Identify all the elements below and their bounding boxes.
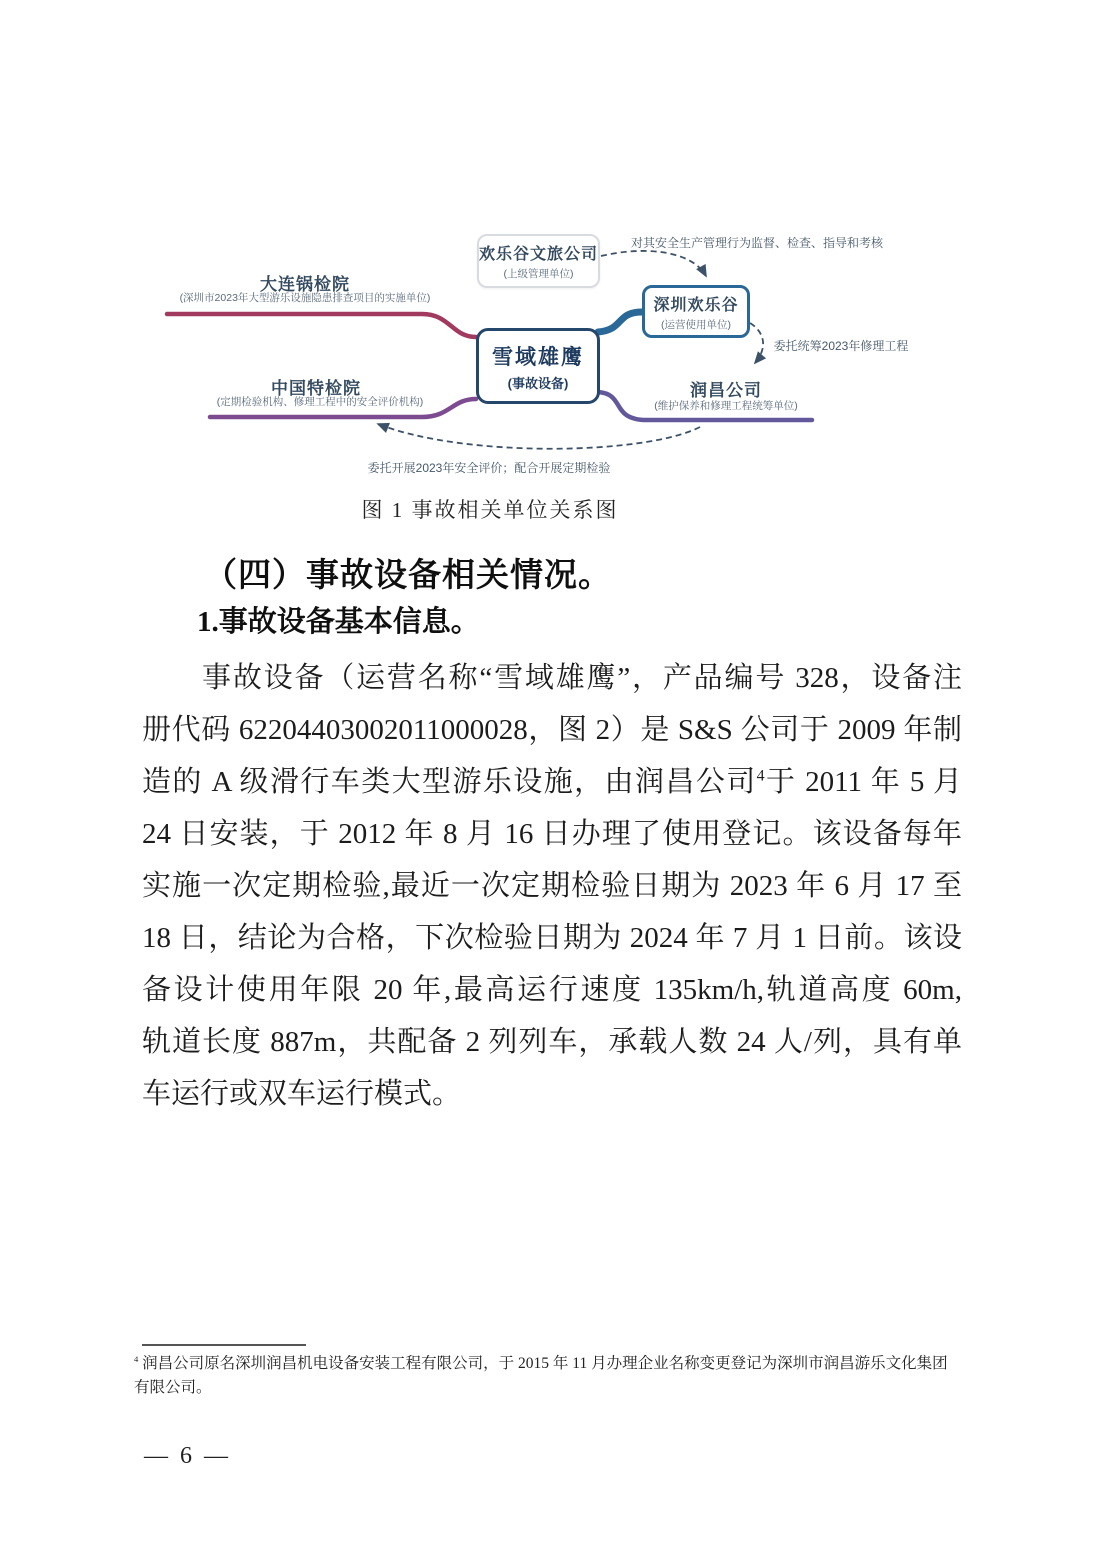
branch-line-dalian (167, 314, 476, 337)
node-runchang-subtitle: (维护保养和修理工程统筹单位) (576, 398, 876, 413)
edge-label-entrust-eval: 委托开展2023年安全评价；配合开展定期检验 (339, 459, 639, 476)
node-equipment-title: 雪域雄鹰 (479, 341, 597, 371)
body-line: 造的 A 级滑行车类大型游乐设施，由润昌公司4于 2011 年 5 月 (142, 756, 962, 808)
edge-label-entrust-repair: 委托统筹2023年修理工程 (741, 337, 941, 354)
figure-relationship-diagram: 欢乐谷文旅公司 (上级管理单位) 深圳欢乐谷 (运营使用单位) 雪域雄鹰 (事故… (150, 226, 920, 484)
body-line: 事故设备（运营名称“雪域雄鹰”，产品编号 328，设备注 (142, 652, 962, 704)
document-page: 欢乐谷文旅公司 (上级管理单位) 深圳欢乐谷 (运营使用单位) 雪域雄鹰 (事故… (0, 0, 1102, 1559)
footnote: 4 润昌公司原名深圳润昌机电设备安装工程有限公司，于 2015 年 11 月办理… (134, 1352, 960, 1400)
body-line: 车运行或双车运行模式。 (142, 1068, 962, 1120)
body-line: 18 日，结论为合格，下次检验日期为 2024 年 7 月 1 日前。该设 (142, 912, 962, 964)
page-number: — 6 — (144, 1443, 231, 1470)
branch-line-operator (598, 312, 642, 332)
footnote-marker: 4 (134, 1354, 138, 1364)
body-line: 册代码 62204403002011000028，图 2）是 S&S 公司于 2… (142, 704, 962, 756)
node-parent-company: 欢乐谷文旅公司 (上级管理单位) (477, 234, 600, 288)
section-heading: （四）事故设备相关情况。 (204, 549, 612, 596)
body-line3-post: 于 2011 年 5 月 (765, 766, 962, 798)
node-parent-company-subtitle: (上级管理单位) (479, 266, 598, 281)
body-line: 轨道长度 887m，共配备 2 列列车，承载人数 24 人/列，具有单 (142, 1016, 962, 1068)
body-paragraph: 事故设备（运营名称“雪域雄鹰”，产品编号 328，设备注 册代码 6220440… (142, 652, 962, 1120)
edge-label-supervise: 对其安全生产管理行为监督、检查、指导和考核 (607, 234, 907, 251)
node-equipment: 雪域雄鹰 (事故设备) (476, 328, 600, 404)
body-line: 24 日安装，于 2012 年 8 月 16 日办理了使用登记。该设备每年 (142, 808, 962, 860)
node-csei-subtitle: (定期检验机构、修理工程中的安全评价机构) (170, 394, 470, 409)
dashed-arrow-entrust-eval (378, 424, 700, 449)
node-dalian-subtitle: (深圳市2023年大型游乐设施隐患排查项目的实施单位) (155, 290, 455, 305)
node-parent-company-title: 欢乐谷文旅公司 (479, 241, 598, 264)
body-line: 备设计使用年限 20 年,最高运行速度 135km/h,轨道高度 60m, (142, 964, 962, 1016)
dashed-arrow-supervise (601, 251, 706, 276)
subsection-heading: 1.事故设备基本信息。 (197, 599, 480, 640)
node-operator: 深圳欢乐谷 (运营使用单位) (642, 285, 750, 338)
footnote-reference: 4 (757, 767, 765, 784)
node-equipment-subtitle: (事故设备) (479, 373, 597, 392)
body-line3-pre: 造的 A 级滑行车类大型游乐设施，由润昌公司 (142, 766, 757, 798)
node-operator-title: 深圳欢乐谷 (645, 292, 747, 315)
figure-caption: 图 1 事故相关单位关系图 (150, 494, 830, 524)
footnote-separator (142, 1344, 306, 1346)
body-line: 实施一次定期检验,最近一次定期检验日期为 2023 年 6 月 17 至 (142, 860, 962, 912)
footnote-text: 润昌公司原名深圳润昌机电设备安装工程有限公司，于 2015 年 11 月办理企业… (134, 1355, 948, 1396)
node-operator-subtitle: (运营使用单位) (645, 317, 747, 332)
